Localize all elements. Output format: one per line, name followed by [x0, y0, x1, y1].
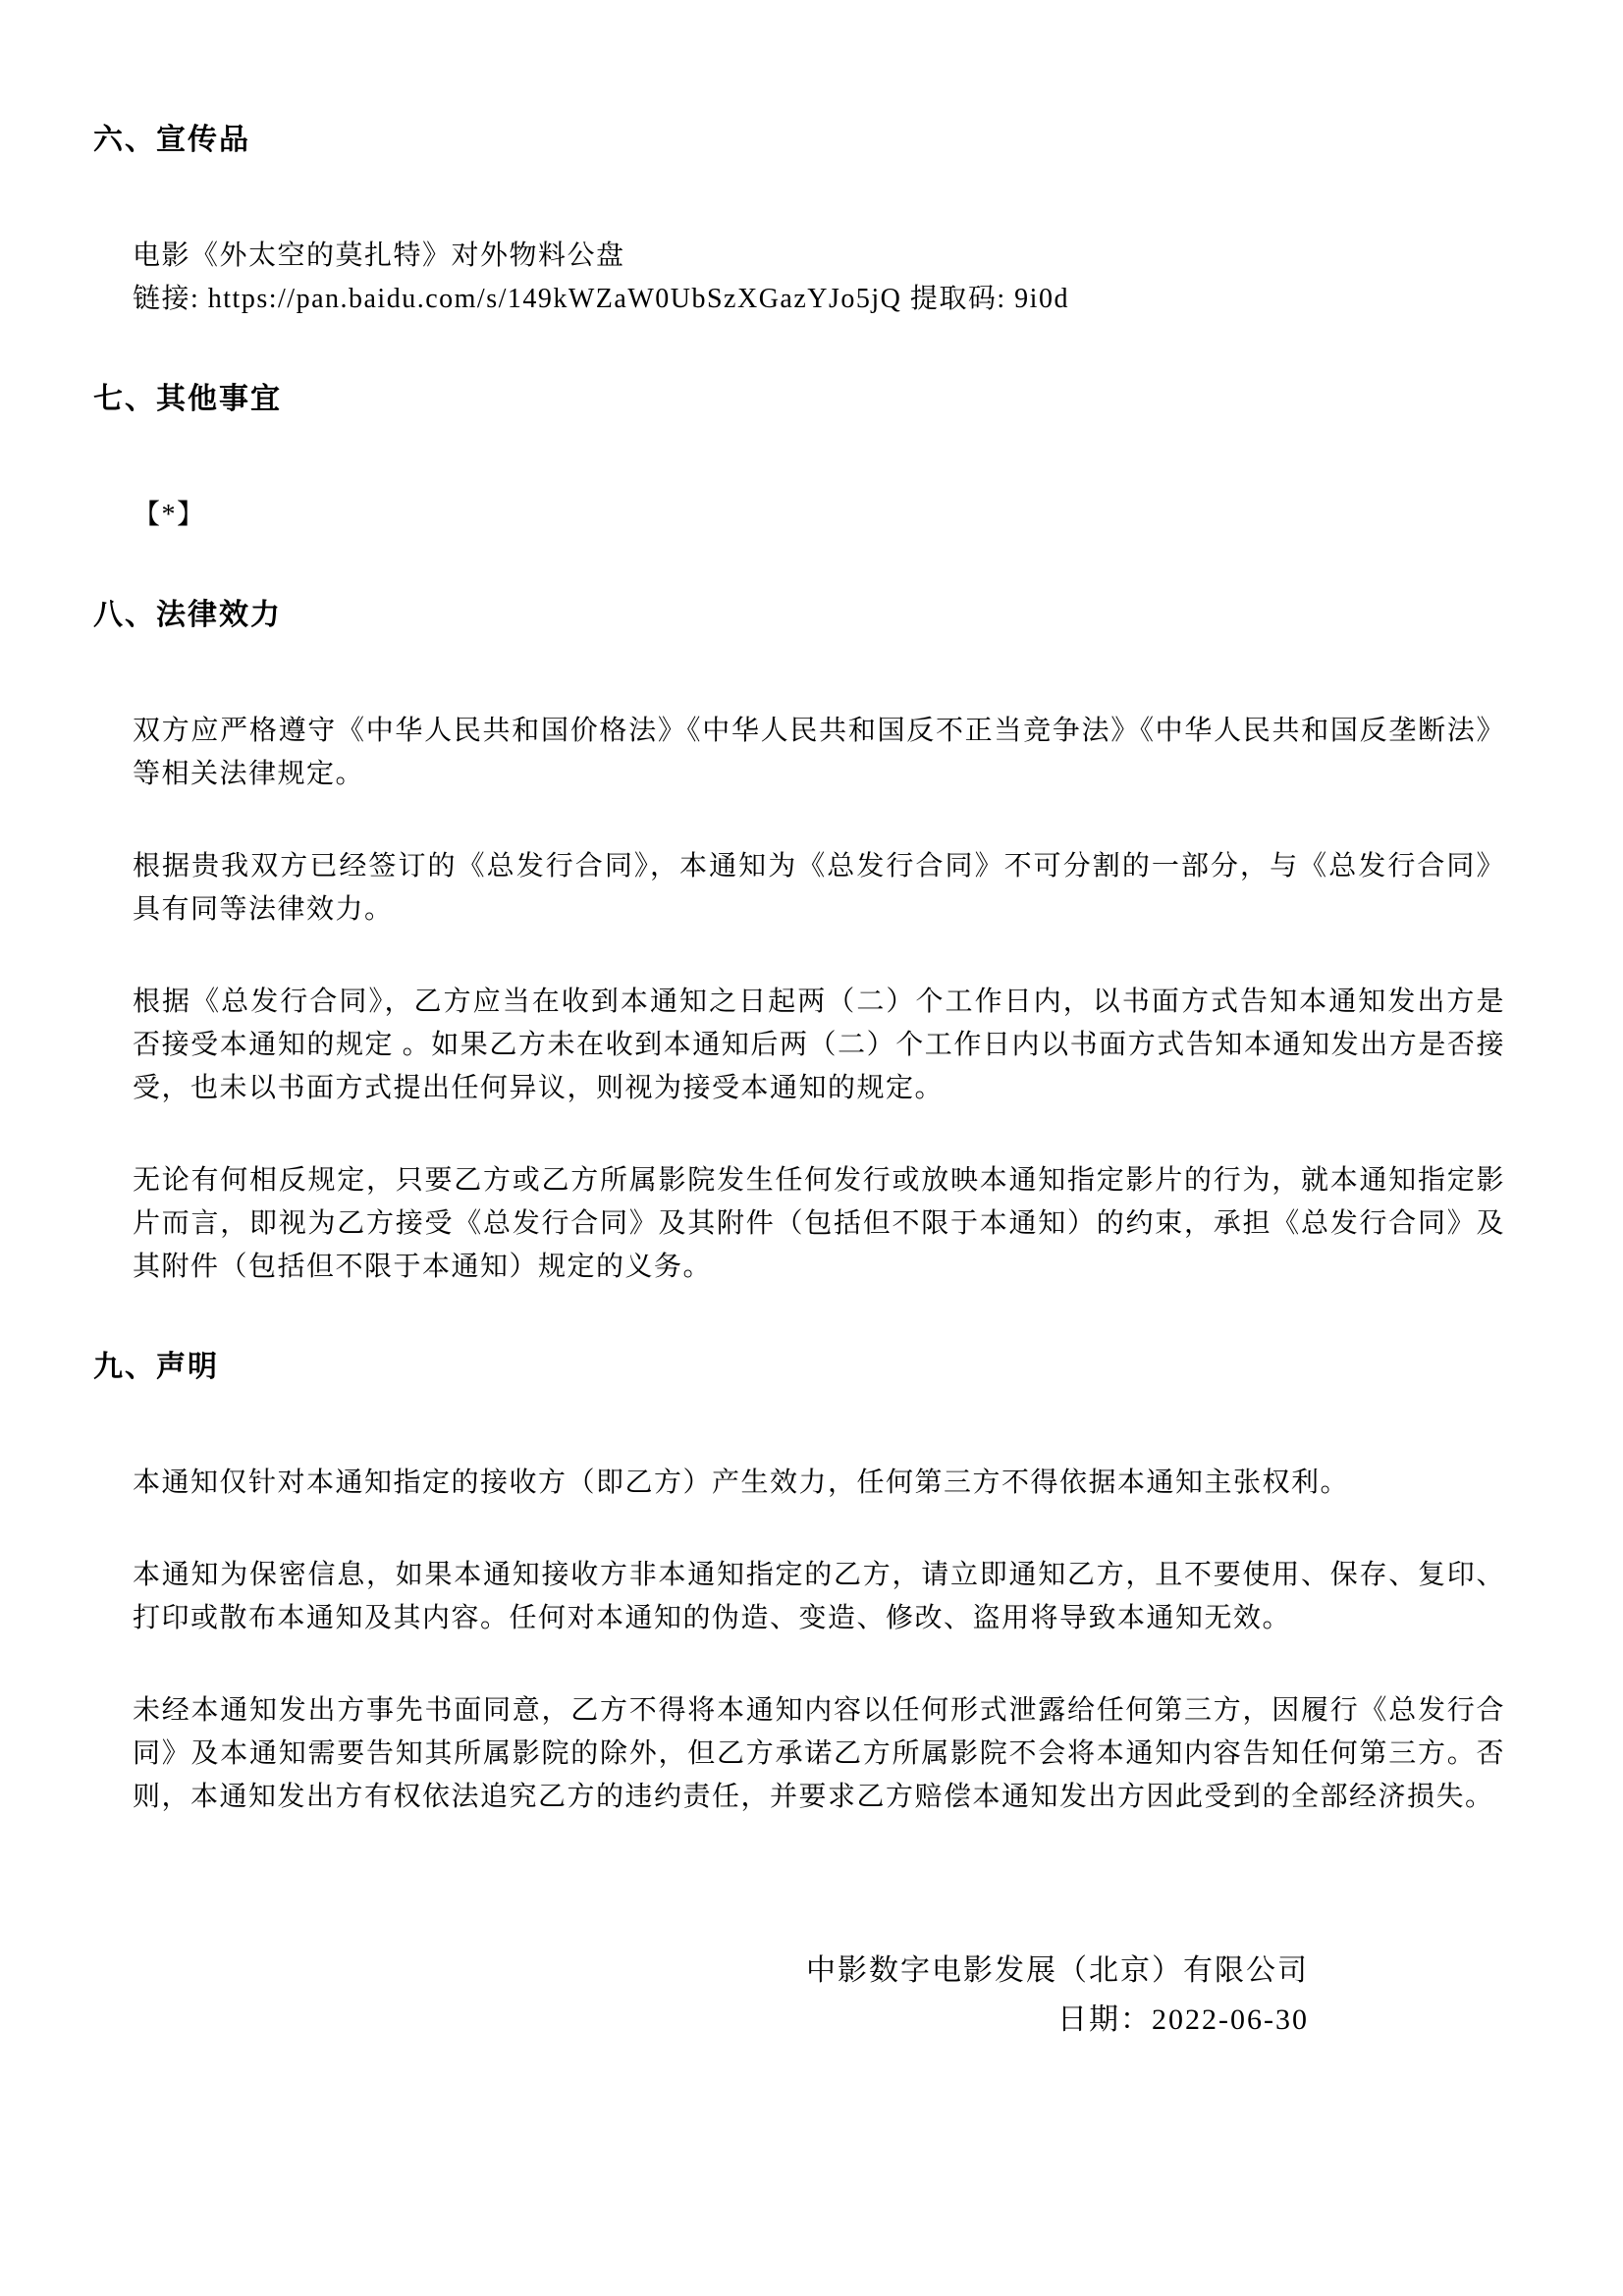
- section-body-other-matters: 【*】: [133, 494, 1505, 537]
- section-heading-promo-materials: 六、宣传品: [93, 123, 1505, 158]
- declaration-paragraph-1: 本通知仅针对本通知指定的接收方（即乙方）产生效力，任何第三方不得依据本通知主张权…: [133, 1462, 1505, 1505]
- promo-materials-title-line: 电影《外太空的莫扎特》对外物料公盘: [133, 235, 1505, 278]
- declaration-paragraph-3: 未经本通知发出方事先书面同意，乙方不得将本通知内容以任何形式泄露给任何第三方，因…: [133, 1689, 1505, 1819]
- section-body-legal-effect: 双方应严格遵守《中华人民共和国价格法》《中华人民共和国反不正当竞争法》《中华人民…: [133, 710, 1505, 1289]
- section-heading-other-matters: 七、其他事宜: [93, 382, 1505, 417]
- signature-block: 中影数字电影发展（北京）有限公司 日期：2022-06-30: [93, 1947, 1309, 2045]
- document-page: { "page": { "background": "#ffffff", "te…: [0, 0, 1623, 2296]
- section-legal-effect: 八、法律效力 双方应严格遵守《中华人民共和国价格法》《中华人民共和国反不正当竞争…: [93, 598, 1505, 1289]
- section-declaration: 九、声明 本通知仅针对本通知指定的接收方（即乙方）产生效力，任何第三方不得依据本…: [93, 1350, 1505, 1819]
- legal-effect-paragraph-2: 根据贵我双方已经签订的《总发行合同》，本通知为《总发行合同》不可分割的一部分，与…: [133, 845, 1505, 932]
- section-heading-legal-effect: 八、法律效力: [93, 598, 1505, 633]
- document-date: 日期：2022-06-30: [93, 1996, 1309, 2045]
- baidu-pan-link-text: 链接: https://pan.baidu.com/s/149kWZaW0UbS…: [133, 278, 1505, 321]
- declaration-paragraph-2: 本通知为保密信息，如果本通知接收方非本通知指定的乙方，请立即通知乙方，且不要使用…: [133, 1554, 1505, 1640]
- legal-effect-paragraph-1: 双方应严格遵守《中华人民共和国价格法》《中华人民共和国反不正当竞争法》《中华人民…: [133, 710, 1505, 796]
- legal-effect-paragraph-3: 根据《总发行合同》，乙方应当在收到本通知之日起两（二）个工作日内，以书面方式告知…: [133, 981, 1505, 1110]
- company-name: 中影数字电影发展（北京）有限公司: [93, 1947, 1309, 1996]
- legal-effect-paragraph-4: 无论有何相反规定，只要乙方或乙方所属影院发生任何发行或放映本通知指定影片的行为，…: [133, 1159, 1505, 1289]
- section-promo-materials: 六、宣传品 电影《外太空的莫扎特》对外物料公盘 链接: https://pan.…: [93, 123, 1505, 321]
- section-body-promo-materials: 电影《外太空的莫扎特》对外物料公盘 链接: https://pan.baidu.…: [133, 235, 1505, 321]
- section-body-declaration: 本通知仅针对本通知指定的接收方（即乙方）产生效力，任何第三方不得依据本通知主张权…: [133, 1462, 1505, 1819]
- section-other-matters: 七、其他事宜 【*】: [93, 382, 1505, 537]
- placeholder-asterisk-line: 【*】: [133, 494, 1505, 537]
- section-heading-declaration: 九、声明: [93, 1350, 1505, 1385]
